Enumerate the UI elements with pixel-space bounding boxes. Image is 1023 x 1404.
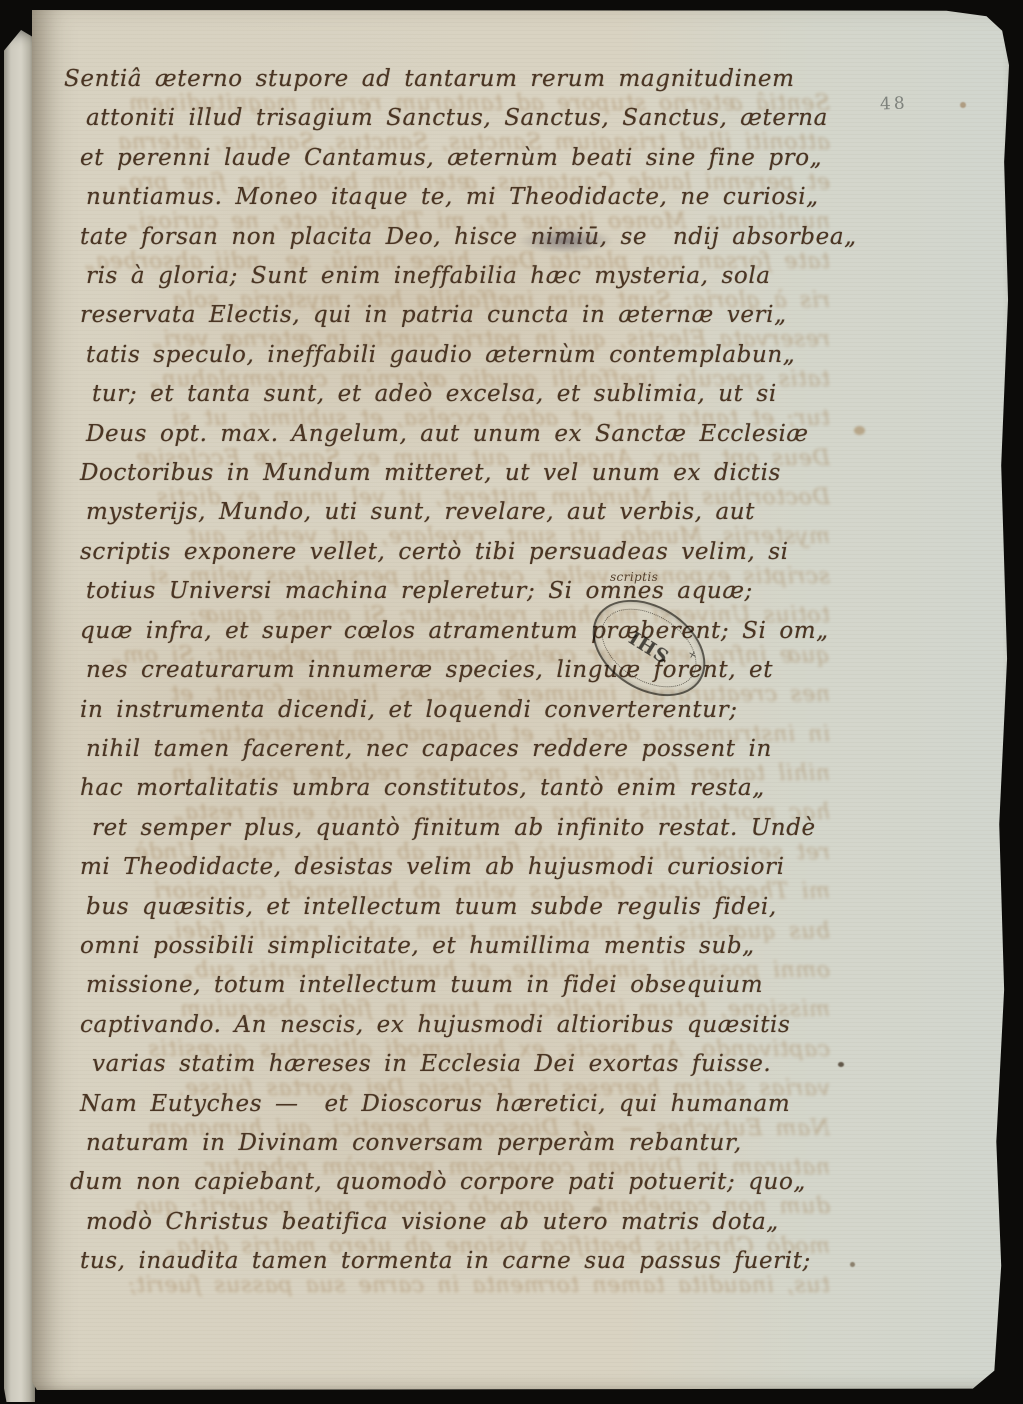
manuscript-line: Sentiâ æterno stupore ad tantarum rerum …	[64, 60, 842, 99]
stain-spot	[850, 1262, 855, 1267]
interlinear-insertion: scriptis	[610, 570, 658, 584]
manuscript-page: Sentiâ æterno stupore ad tantarum rerum …	[32, 10, 1010, 1390]
manuscript-line: scriptis exponere vellet, certò tibi per…	[80, 533, 842, 572]
manuscript-line: ret semper plus, quantò finitum ab infin…	[92, 809, 842, 848]
manuscript-line: totius Universi machina repleretur; Si o…	[86, 572, 842, 611]
manuscript-line: quæ infra, et super cœlos atramentum præ…	[80, 612, 842, 651]
manuscript-line: Doctoribus in Mundum mitteret, ut vel un…	[80, 454, 842, 493]
stain-spot	[838, 1062, 844, 1067]
manuscript-line: nihil tamen facerent, nec capaces redder…	[86, 730, 842, 769]
manuscript-line: omni possibili simplicitate, et humillim…	[80, 927, 842, 966]
manuscript-text-block: Sentiâ æterno stupore ad tantarum rerum …	[62, 60, 842, 1282]
book-gutter-page-edge	[4, 30, 35, 1402]
page-number: 48	[880, 94, 908, 115]
manuscript-line: modò Christus beatifica visione ab utero…	[86, 1203, 842, 1242]
manuscript-line: captivando. An nescis, ex hujusmodi alti…	[80, 1006, 842, 1045]
manuscript-line: Deus opt. max. Angelum, aut unum ex Sanc…	[86, 415, 842, 454]
manuscript-line: in instrumenta dicendi, et loquendi conv…	[80, 691, 842, 730]
ink-erasure-smudge	[520, 229, 612, 253]
stain-spot	[960, 102, 966, 108]
stain-spot	[854, 426, 865, 435]
manuscript-line: tur; et tanta sunt, et adeò excelsa, et …	[92, 375, 842, 414]
manuscript-line: tatis speculo, ineffabili gaudio æternùm…	[86, 336, 842, 375]
manuscript-line: bus quæsitis, et intellectum tuum subde …	[86, 888, 842, 927]
manuscript-line: et perenni laude Cantamus, æternùm beati…	[80, 139, 842, 178]
manuscript-line: reservata Electis, qui in patria cuncta …	[80, 296, 842, 335]
manuscript-line: nuntiamus. Moneo itaque te, mi Theodidac…	[86, 178, 842, 217]
stain-spot	[592, 1206, 601, 1213]
manuscript-line: naturam in Divinam conversam perperàm re…	[86, 1124, 842, 1163]
manuscript-line: missione, totum intellectum tuum in fide…	[86, 966, 842, 1005]
manuscript-line: dum non capiebant, quomodò corpore pati …	[70, 1163, 842, 1202]
manuscript-line: nes creaturarum innumeræ species, linguæ…	[86, 651, 842, 690]
manuscript-line: ris à gloria; Sunt enim ineffabilia hæc …	[86, 257, 842, 296]
manuscript-line: mysterijs, Mundo, uti sunt, revelare, au…	[86, 493, 842, 532]
manuscript-line: varias statim hæreses in Ecclesia Dei ex…	[92, 1045, 842, 1084]
manuscript-line: Nam Eutyches — et Dioscorus hæretici, qu…	[80, 1085, 842, 1124]
manuscript-line: mi Theodidacte, desistas velim ab hujusm…	[80, 848, 842, 887]
manuscript-line: tus, inaudita tamen tormenta in carne su…	[80, 1242, 842, 1281]
manuscript-line: hac mortalitatis umbra constitutos, tant…	[80, 769, 842, 808]
manuscript-line: attoniti illud trisagium Sanctus, Sanctu…	[86, 99, 842, 138]
manuscript-line: tate forsan non placita Deo, hisce nimiū…	[80, 218, 842, 257]
